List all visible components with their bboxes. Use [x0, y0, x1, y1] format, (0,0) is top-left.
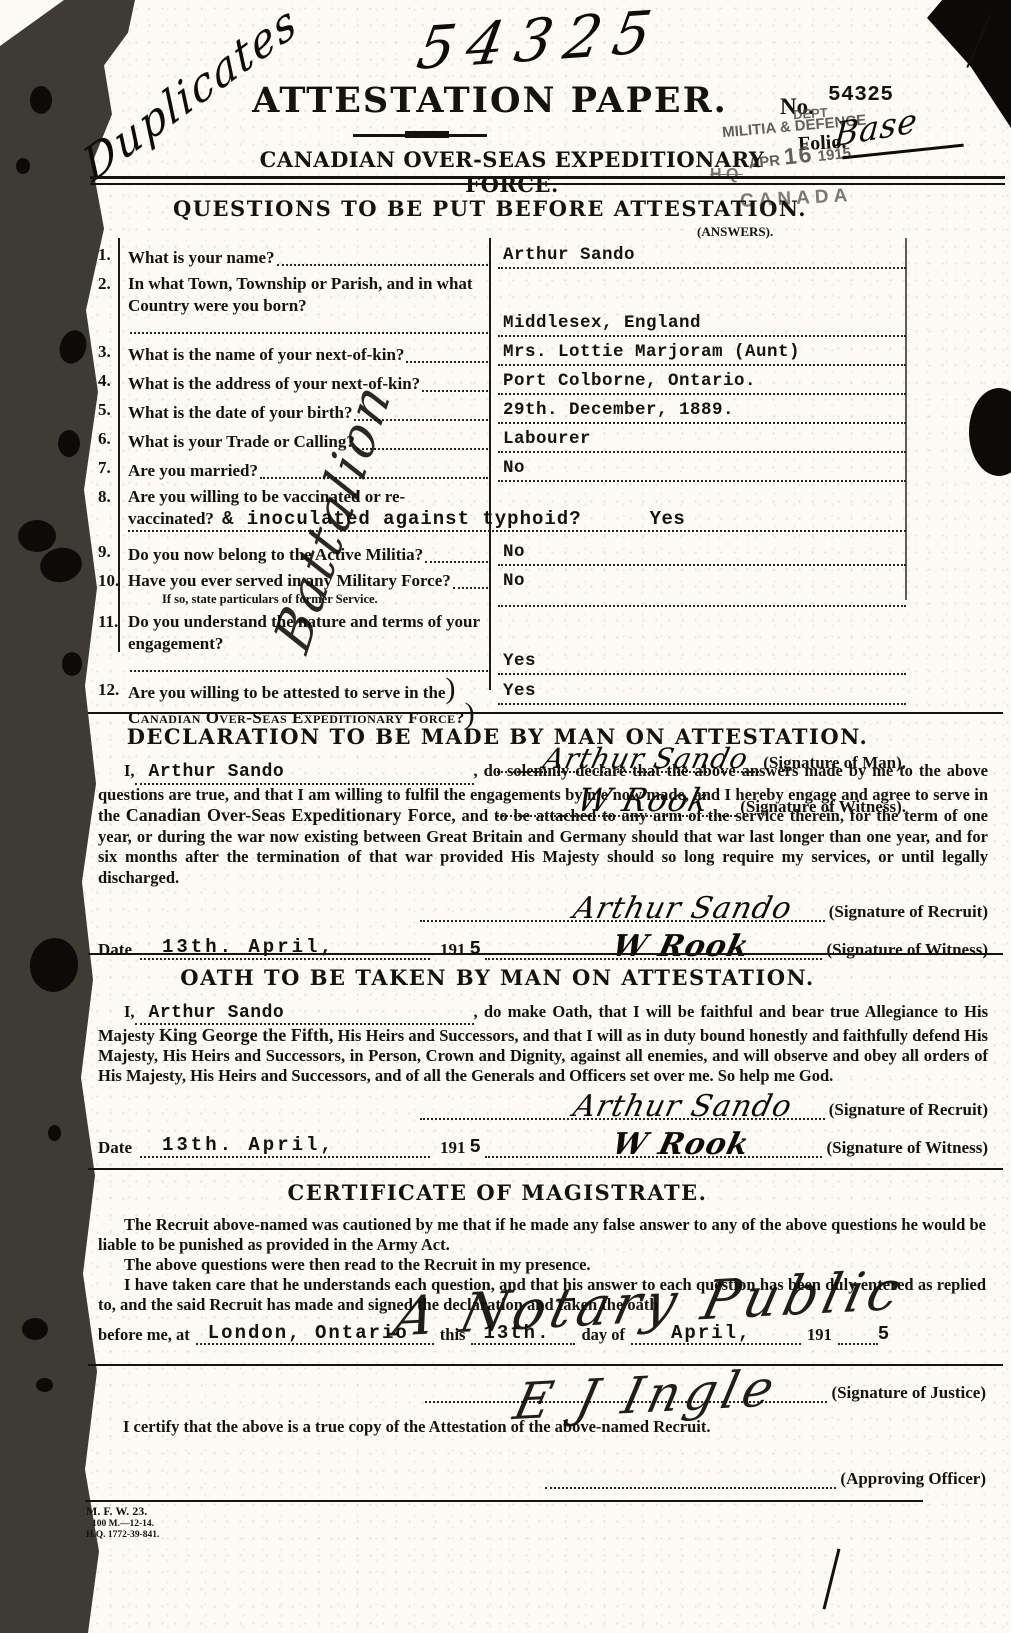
date-line: 13th. April,: [140, 1130, 430, 1158]
recruit-name-typed: Arthur Sando: [135, 762, 474, 785]
answer-value: Arthur Sando: [498, 244, 635, 267]
dotted-leader: [277, 249, 488, 266]
signature-line: Arthur Sando: [420, 892, 825, 922]
form-codes: M. F. W. 23. 100 M.—12-14. H.Q. 1772-39-…: [86, 1505, 159, 1541]
approving-officer-label: (Approving Officer): [840, 1469, 986, 1489]
year-prefix: 191: [440, 1138, 466, 1158]
answer-value: Yes: [650, 508, 686, 530]
folio-handwriting: Base: [833, 100, 920, 155]
recruit-signature-row: Arthur Sando (Signature of Recruit): [420, 1090, 988, 1120]
answer-value: Middlesex, England: [498, 312, 701, 335]
question-label: What is the name of your next-of-kin?: [128, 344, 404, 366]
answer-value: Yes: [498, 680, 536, 703]
ink-blob: [30, 86, 52, 114]
oath-paragraph: I,Arthur Sando, do make Oath, that I wil…: [98, 1002, 988, 1086]
question-row-10: 10. Have you ever served in any Military…: [95, 570, 996, 607]
question-number: 9.: [95, 541, 128, 566]
certificate-heading: CERTIFICATE OF MAGISTRATE.: [95, 1180, 900, 1205]
question-row-5: 5. What is the date of your birth? 29th.…: [95, 399, 996, 424]
signature-of-justice-label: (Signature of Justice): [831, 1383, 986, 1403]
question-row-7: 7. Are you married? No: [95, 457, 996, 482]
answer-line: Middlesex, England: [498, 273, 906, 337]
section-rule: [88, 1364, 1003, 1366]
answer-value: Yes: [498, 650, 536, 673]
stamp-date-day: 16: [783, 141, 815, 170]
form-code: M. F. W. 23.: [86, 1505, 159, 1519]
question-number: 11.: [95, 611, 128, 675]
answer-line: Yes: [498, 679, 906, 705]
force-name-bold: Canadian Over-Seas Expeditionary Force,: [126, 805, 456, 825]
section-rule: [88, 953, 1003, 955]
oath-date-row: Date 13th. April, 191 5 W Rook (Signatur…: [98, 1128, 988, 1158]
document-title: ATTESTATION PAPER.: [230, 80, 750, 121]
declaration-section: DECLARATION TO BE MADE BY MAN ON ATTESTA…: [95, 712, 996, 953]
ink-blob: [36, 1378, 53, 1392]
question-label: In what Town, Township or Parish, and in…: [128, 273, 490, 317]
question-label: Are you married?: [128, 460, 258, 482]
place-typed: London, Ontario: [208, 1322, 409, 1344]
question-label: Are you willing to be attested to serve …: [128, 683, 445, 702]
certificate-section: CERTIFICATE OF MAGISTRATE. The Recruit a…: [95, 1168, 996, 1518]
ink-blob: [16, 158, 30, 174]
question-row-11: 11. Do you understand the nature and ter…: [95, 611, 996, 675]
signature-line: W Rook: [485, 1128, 822, 1158]
answer-line: No: [498, 457, 906, 482]
answer-line: Yes: [498, 611, 906, 675]
approving-officer-row: (Approving Officer): [545, 1459, 986, 1489]
pen-mark: [823, 1549, 841, 1610]
question-number: 2.: [95, 273, 128, 337]
header-double-rule: [90, 176, 1005, 185]
section-rule: [88, 1168, 1003, 1170]
answer-line: Mrs. Lottie Marjoram (Aunt): [498, 341, 906, 366]
oath-heading: OATH TO BE TAKEN BY MAN ON ATTESTATION.: [95, 965, 900, 990]
declaration-prefix: I,: [124, 761, 135, 780]
dotted-leader: [425, 546, 488, 563]
answer-value: Port Colborne, Ontario.: [498, 370, 756, 393]
declaration-paragraph: I,Arthur Sando, do solemnly declare that…: [98, 761, 988, 888]
dotted-leader: [453, 572, 488, 589]
section-rule: [88, 712, 1003, 714]
question-label: What is your Trade or Calling?: [128, 431, 355, 453]
answer-value: No: [498, 457, 525, 480]
ink-blob: [58, 430, 80, 457]
signature-line: Arthur Sando: [420, 1090, 825, 1120]
question-number: 10.: [95, 570, 128, 607]
answers-column-label: (ANSWERS).: [697, 224, 773, 240]
question-row-2: 2. In what Town, Township or Parish, and…: [95, 273, 996, 337]
typed-addition: & inoculated against typhoid?: [222, 508, 582, 530]
king-name-bold: King George the Fifth,: [159, 1025, 333, 1045]
declaration-heading: DECLARATION TO BE MADE BY MAN ON ATTESTA…: [95, 724, 900, 749]
answer-line: Arthur Sando: [498, 244, 906, 269]
question-number: 8.: [95, 486, 128, 532]
question-number: 5.: [95, 399, 128, 424]
ink-blob: [62, 652, 82, 676]
answer-line: Labourer: [498, 428, 906, 453]
question-row-6: 6. What is your Trade or Calling? Labour…: [95, 428, 996, 453]
ink-blob: [48, 1125, 61, 1141]
answer-line: 29th. December, 1889.: [498, 399, 906, 424]
question-row-1: 1. What is your name? Arthur Sando: [95, 244, 996, 269]
question-row-3: 3. What is the name of your next-of-kin?…: [95, 341, 996, 366]
year-typed: 5: [469, 1136, 481, 1158]
witness-signature-handwriting: W Rook: [609, 1127, 753, 1162]
recruit-signature-handwriting: Arthur Sando: [570, 891, 796, 926]
signature-line: [545, 1459, 836, 1489]
oath-section: OATH TO BE TAKEN BY MAN ON ATTESTATION. …: [95, 953, 996, 1168]
answer-line: Port Colborne, Ontario.: [498, 370, 906, 395]
questions-heading: QUESTIONS TO BE PUT BEFORE ATTESTATION.: [95, 196, 885, 221]
hq-code: H.Q. 1772-39-841.: [86, 1530, 159, 1541]
question-label: What is the date of your birth?: [128, 402, 352, 424]
question-row-8: 8. Are you willing to be vaccinated or r…: [95, 486, 996, 532]
corner-tear: [0, 0, 64, 46]
question-row-4: 4. What is the address of your next-of-k…: [95, 370, 996, 395]
signature-of-witness-label: (Signature of Witness): [826, 1138, 988, 1158]
answer-line: No: [498, 541, 906, 566]
ink-blob: [18, 520, 56, 552]
question-number: 4.: [95, 370, 128, 395]
bottom-rule: [85, 1500, 923, 1502]
year-typed: 5: [878, 1323, 890, 1345]
signature-of-recruit-label: (Signature of Recruit): [829, 1100, 988, 1120]
date-label: Date: [98, 1138, 132, 1158]
questions-section: QUESTIONS TO BE PUT BEFORE ATTESTATION. …: [95, 190, 996, 712]
question-label-continued: vaccinated?: [128, 508, 214, 530]
question-number: 6.: [95, 428, 128, 453]
attestation-paper-scan: Duplicates 54325 ATTESTATION PAPER. No. …: [0, 0, 1011, 1633]
question-row-9: 9. Do you now belong to the Active Milit…: [95, 541, 996, 566]
before-me-label: before me, at: [98, 1325, 190, 1345]
year-prefix: 191: [807, 1325, 832, 1345]
brace-glyph: ): [445, 672, 455, 705]
dotted-leader: [130, 317, 488, 334]
answer-line: vaccinated? & inoculated against typhoid…: [128, 508, 906, 532]
answer-value: Labourer: [498, 428, 591, 451]
number-value: 54325: [828, 84, 894, 107]
question-label: Are you willing to be vaccinated or re-: [128, 486, 906, 508]
answer-value: No: [498, 541, 525, 564]
oath-prefix: I,: [124, 1002, 135, 1021]
question-label: What is your name?: [128, 247, 275, 269]
ink-blob: [22, 1318, 48, 1340]
question-label: Do you now belong to the Active Militia?: [128, 544, 423, 566]
print-run-code: 100 M.—12-14.: [86, 1519, 159, 1530]
date-day-month-typed: 13th. April,: [162, 1134, 335, 1156]
answer-value: No: [498, 570, 525, 593]
recruit-signature-handwriting: Arthur Sando: [570, 1089, 796, 1124]
title-rule-thick: [405, 131, 449, 138]
question-number: 7.: [95, 457, 128, 482]
dotted-leader: [422, 375, 488, 392]
answer-value: 29th. December, 1889.: [498, 399, 734, 422]
signature-of-recruit-label: (Signature of Recruit): [829, 902, 988, 922]
recruit-signature-row: Arthur Sando (Signature of Recruit): [420, 892, 988, 922]
answer-value: Mrs. Lottie Marjoram (Aunt): [498, 341, 800, 364]
question-number: 3.: [95, 341, 128, 366]
certificate-para-1: The Recruit above-named was cautioned by…: [98, 1215, 986, 1255]
dotted-leader: [406, 346, 488, 363]
recruit-name-typed: Arthur Sando: [135, 1003, 474, 1025]
answer-line: No: [498, 570, 906, 607]
serial-number-handwriting: 54325: [412, 0, 668, 83]
question-number: 1.: [95, 244, 128, 269]
